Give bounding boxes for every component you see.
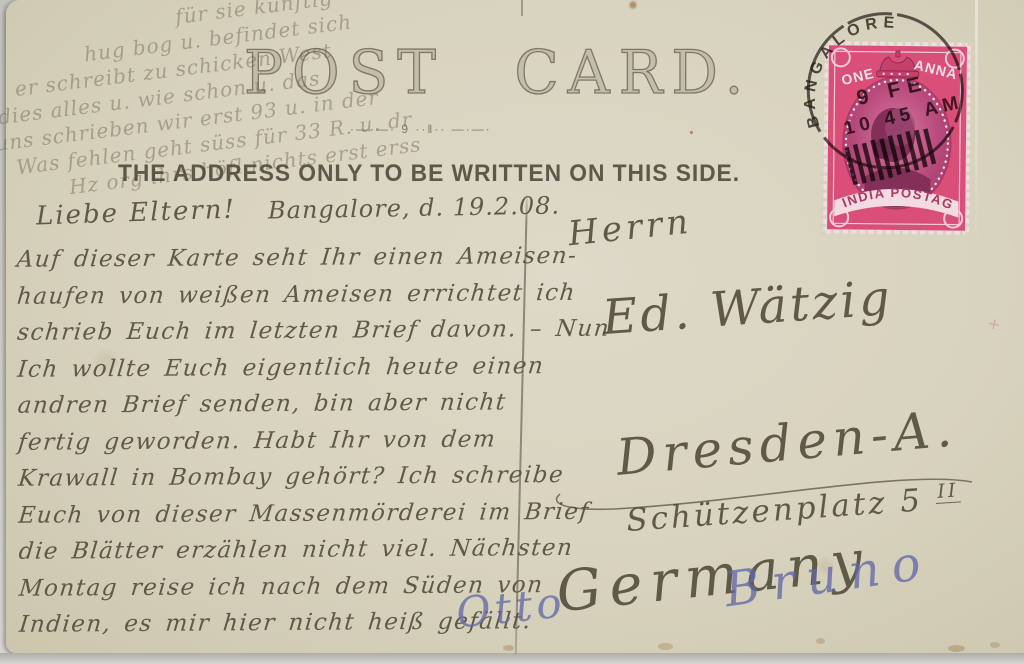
message-body: Auf dieser Karte seht Ihr einen Ameisen-… [17,238,535,643]
message-line: die Blätter erzählen nicht viel. Nächste… [17,530,536,570]
signature-otto-blue: Otto [454,577,568,637]
divider-ornament: ·—·—· 9 ··‖·· —·—· [350,122,492,136]
message-line: Ich wollte Euch eigentlich heute einen [16,348,535,388]
address-salutation: Herrn [566,202,694,255]
bangalore-postmark: BANGALORE 9 FE 10 45 AM [776,0,1003,214]
scanner-background: für sie künftig hug bog u. befindet sich… [0,0,1024,664]
pink-cross-mark: + [986,313,1002,338]
message-line: haufen von weißen Ameisen errichtet ich [15,275,534,315]
message-line: Auf dieser Karte seht Ihr einen Ameisen- [15,238,534,278]
stain [990,642,1000,648]
message-line: andren Brief senden, bin aber nicht [16,384,535,424]
message-line: fertig geworden. Habt Ihr von dem [16,421,535,461]
stain [816,638,825,644]
message-dateline: Bangalore, d. 19.2.08. [268,191,560,224]
scan-bottom-edge [0,653,1024,664]
stain [690,131,693,134]
address-name: Ed. Wätzig [600,270,894,346]
stain [658,643,673,650]
message-line: Euch von dieser Massenmörderei im Brief [17,494,536,534]
stain [503,645,514,651]
postcard: für sie künftig hug bog u. befindet sich… [6,0,1024,653]
message-line: Krawall in Bombay gehört? Ich schreibe [16,457,535,497]
postcard-title: POST CARD. [244,37,752,108]
address-instruction: THE ADDRESS ONLY TO BE WRITTEN ON THIS S… [118,160,740,188]
message-line: schrieb Euch im letzten Brief davon. – N… [15,311,534,351]
stain [948,645,965,652]
floor-numeral: II [934,478,961,504]
